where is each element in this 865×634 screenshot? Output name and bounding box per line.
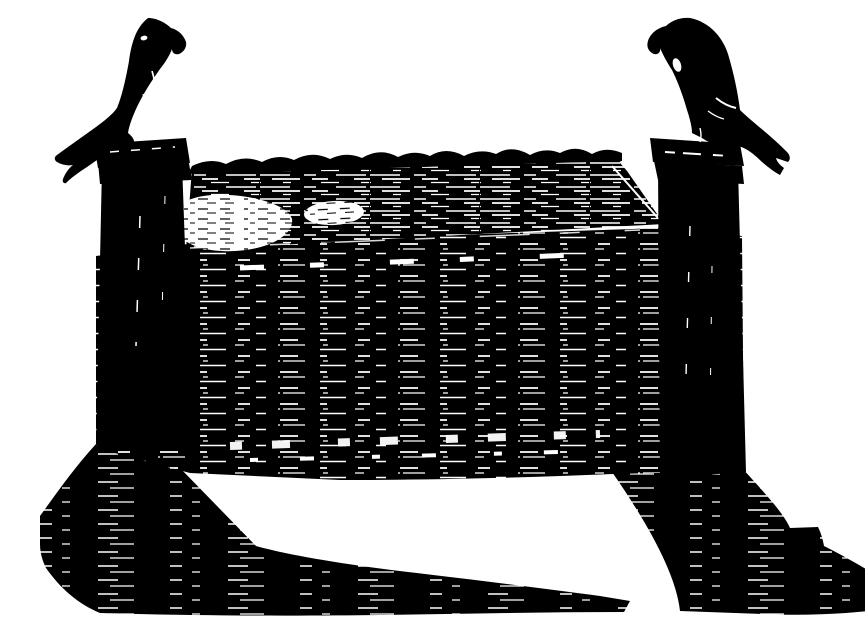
left-post-shaft bbox=[96, 163, 192, 450]
tank-front-face bbox=[96, 228, 744, 480]
left-post bbox=[94, 138, 192, 450]
left-post-cap-step bbox=[98, 158, 192, 184]
engraving-svg: Black-ink woodcut engraving: two falcons… bbox=[40, 16, 865, 618]
engraving-illustration: Black-ink woodcut engraving: two falcons… bbox=[40, 16, 865, 618]
right-post bbox=[650, 138, 746, 478]
right-post-shaft bbox=[658, 166, 746, 478]
